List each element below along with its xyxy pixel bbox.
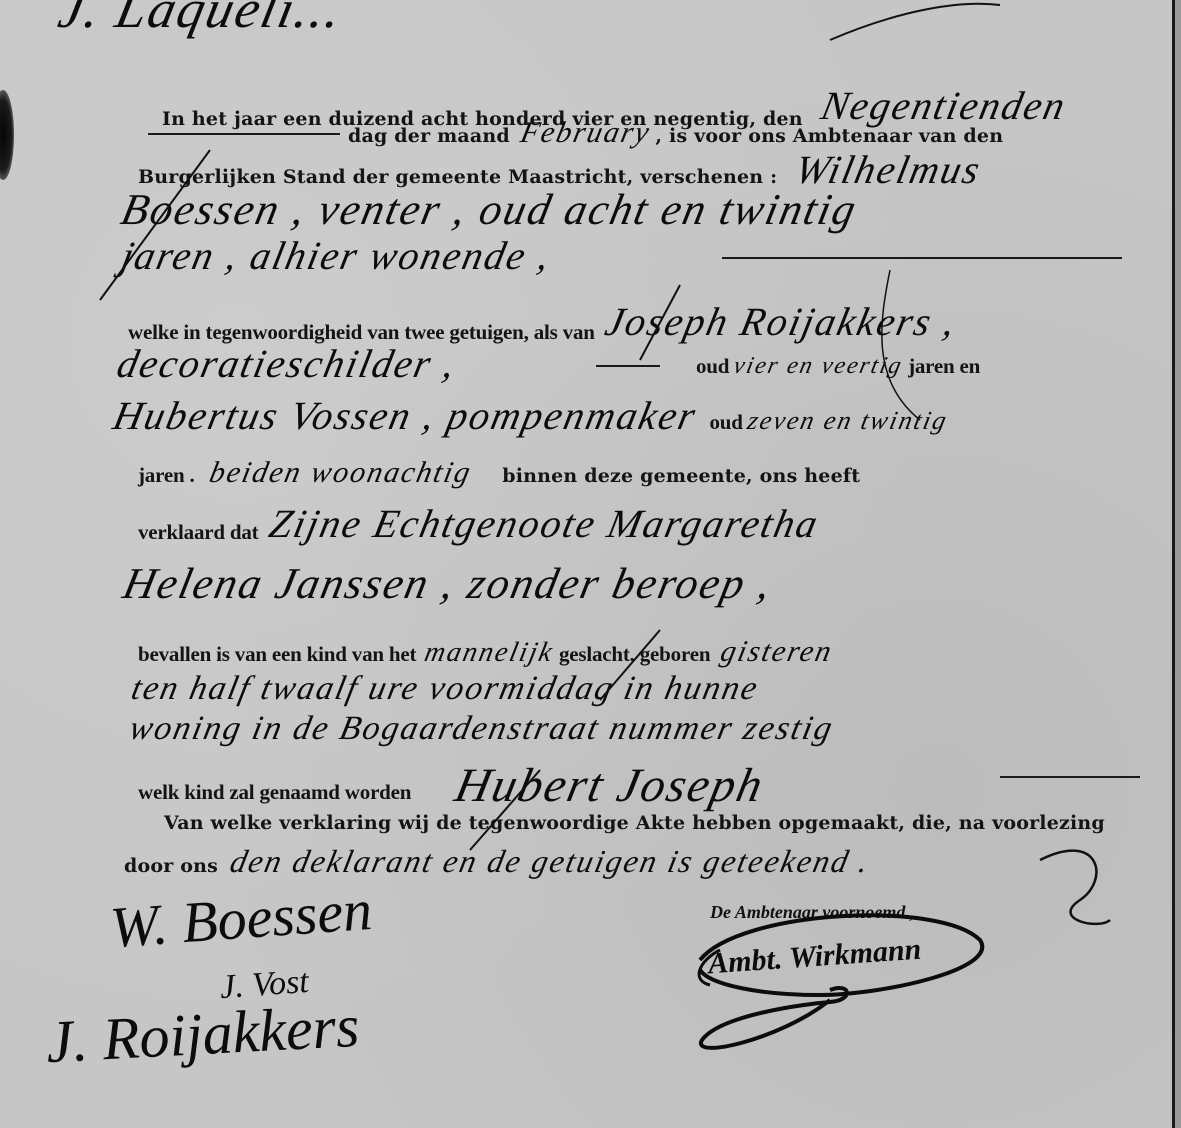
top-fragment: J. Laqueli... [60,0,342,36]
printed-text: , is voor ons Ambtenaar van den [655,125,1003,147]
signature-official: Ambt. Wirkmann [707,935,922,980]
handwritten-birth-day: gisteren [718,637,836,667]
printed-text: geslacht, geboren [559,642,710,666]
printed-text: door ons [124,855,218,877]
ink-blot [0,90,14,180]
blank-rule [148,133,340,135]
signature-witness-1: J. Roijakkers [45,996,361,1072]
handwritten-residence: jaren , alhier wonende , [118,236,555,276]
official-label: De Ambtenaar voornoemd , [710,902,914,923]
line-7-right: oud vier en veertig jaren en [696,354,980,378]
handwritten-child-name: Hubert Joseph [451,762,768,810]
handwritten-witness-1: Joseph Roijakkers , [602,302,961,342]
blank-rule [1000,776,1140,778]
certificate-page: J. Laqueli... In het jaar een duizend ac… [0,0,1172,1128]
printed-text: verklaard dat [138,520,258,544]
line-11: Helena Janssen , zonder beroep , [124,562,772,606]
line-8: Hubertus Vossen , pompenmaker oud zeven … [114,396,947,436]
handwritten-signing-statement: den deklarant en de getuigen is geteeken… [228,845,873,877]
line-15: welk kind zal genaamd worden Hubert Jose… [138,762,764,810]
line-12: bevallen is van een kind van het manneli… [138,637,833,667]
handwritten-birth-time: ten half twaalf ure voormiddag in hunne [128,672,762,706]
printed-text: oud [709,410,742,434]
line-2: dag der maand February , is voor ons Amb… [348,118,1003,148]
line-16: Van welke verklaring wij de tegenwoordig… [164,814,1105,833]
line-5: jaren , alhier wonende , [122,236,551,276]
handwritten-top-fragment: J. Laqueli... [54,0,348,36]
printed-text: bevallen is van een kind van het [138,642,416,666]
handwritten-birth-address: woning in de Bogaardenstraat nummer zest… [126,712,836,746]
printed-text: binnen deze gemeente, ons heeft [502,465,860,487]
handwritten-witness-2-age: zeven en twintig [745,408,950,434]
handwritten-witness-2: Hubertus Vossen , pompenmaker [110,396,701,436]
handwritten-witness-1-occupation: decoratieschilder , [114,344,460,384]
printed-text: dag der maand [348,125,510,147]
line-17: door ons den deklarant en de getuigen is… [124,845,870,877]
handwritten-sex: mannelijk [422,639,556,667]
printed-text: welk kind zal genaamd worden [138,780,411,804]
scan-border [1175,0,1181,1128]
handwritten-mother-name: Helena Janssen , zonder beroep , [119,562,776,606]
handwritten-residence-witnesses: beiden woonachtig [206,458,474,488]
printed-text: oud [696,354,729,378]
signature-declarant: W. Boessen [108,881,373,957]
blank-rule [722,257,1122,259]
line-10: verklaard dat Zijne Echtgenoote Margaret… [138,504,818,544]
line-6: welke in tegenwoordigheid van twee getui… [128,302,956,343]
handwritten-declarant-details: Boessen , venter , oud acht en twintig [117,188,861,232]
line-13: ten half twaalf ure voormiddag in hunne [132,672,758,706]
printed-text: Van welke verklaring wij de tegenwoordig… [164,812,1105,834]
printed-text: jaren en [908,354,980,378]
line-4: Boessen , venter , oud acht en twintig [122,188,857,232]
blank-rule [596,365,660,367]
handwritten-declarant-firstname: Wilhelmus [792,150,985,190]
handwritten-witness-1-age: vier en veertig [732,354,906,378]
handwritten-mother-intro: Zijne Echtgenoote Margaretha [265,504,822,544]
line-14: woning in de Bogaardenstraat nummer zest… [130,712,833,746]
line-9: jaren . beiden woonachtig binnen deze ge… [138,458,860,488]
line-3: Burgerlijken Stand der gemeente Maastric… [138,150,981,190]
line-7: decoratieschilder , [118,344,456,384]
handwritten-month: February [518,118,654,148]
printed-text: jaren . [138,463,195,487]
